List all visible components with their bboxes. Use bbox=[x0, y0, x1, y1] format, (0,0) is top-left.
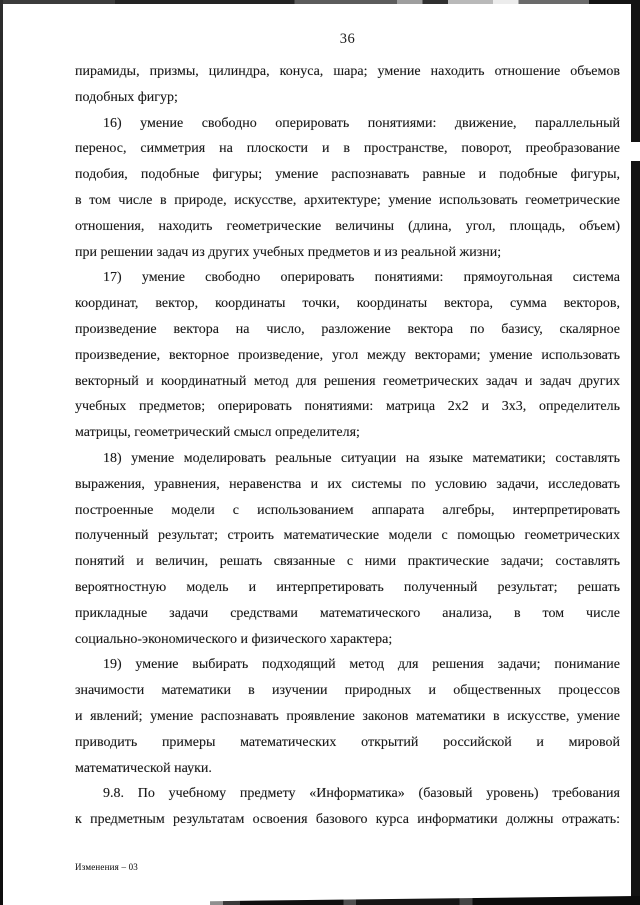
text-line: отношения, находить геометрические велич… bbox=[75, 214, 620, 240]
text-line: 16) умение свободно оперировать понятиям… bbox=[75, 111, 620, 137]
text-line: к предметным результатам освоения базово… bbox=[75, 807, 620, 833]
text-line: произведение вектора на число, разложени… bbox=[75, 317, 620, 343]
paragraph: 9.8. По учебному предмету «Информатика» … bbox=[75, 781, 620, 833]
paragraph: пирамиды, призмы, цилиндра, конуса, шара… bbox=[75, 59, 620, 111]
scan-edge-right-artifact bbox=[631, 0, 640, 905]
paragraph: 17) умение свободно оперировать понятиям… bbox=[75, 265, 620, 446]
paragraph: 18) умение моделировать реальные ситуаци… bbox=[75, 446, 620, 652]
text-line: вероятностную модель и интерпретировать … bbox=[75, 575, 620, 601]
text-line: матрицы, геометрический смысл определите… bbox=[75, 420, 620, 446]
text-line: 18) умение моделировать реальные ситуаци… bbox=[75, 446, 620, 472]
text-line: координат, вектор, координаты точки, коо… bbox=[75, 291, 620, 317]
paragraph: 19) умение выбирать подходящий метод для… bbox=[75, 652, 620, 781]
text-line: подобия, подобные фигуры; умение распозн… bbox=[75, 162, 620, 188]
page-number: 36 bbox=[75, 31, 620, 48]
text-line: в том числе в природе, искусстве, архите… bbox=[75, 188, 620, 214]
text-line: 9.8. По учебному предмету «Информатика» … bbox=[75, 781, 620, 807]
document-body: пирамиды, призмы, цилиндра, конуса, шара… bbox=[75, 59, 620, 833]
text-line: подобных фигур; bbox=[75, 85, 620, 111]
text-line: прикладные задачи средствами математичес… bbox=[75, 601, 620, 627]
text-line: приводить примеры математических открыти… bbox=[75, 730, 620, 756]
scanned-document-page: 36 пирамиды, призмы, цилиндра, конуса, ш… bbox=[0, 0, 640, 905]
text-line: 19) умение выбирать подходящий метод для… bbox=[75, 652, 620, 678]
text-line: векторный и координатный метод для решен… bbox=[75, 369, 620, 395]
text-line: 17) умение свободно оперировать понятиям… bbox=[75, 265, 620, 291]
text-line: полученный результат; строить математиче… bbox=[75, 523, 620, 549]
text-line: при решении задач из других учебных пред… bbox=[75, 240, 620, 266]
text-line: построенные модели с использованием аппа… bbox=[75, 498, 620, 524]
scan-edge-bottom-artifact bbox=[210, 896, 640, 905]
text-line: выражения, уравнения, неравенства и их с… bbox=[75, 472, 620, 498]
text-line: и явлений; умение распознавать проявлени… bbox=[75, 704, 620, 730]
text-line: значимости математики в изучении природн… bbox=[75, 678, 620, 704]
text-line: математической науки. bbox=[75, 756, 620, 782]
paragraph: 16) умение свободно оперировать понятиям… bbox=[75, 111, 620, 266]
footer-revision-note: Изменения – 03 bbox=[75, 862, 138, 872]
text-line: перенос, симметрия на плоскости и в прос… bbox=[75, 136, 620, 162]
text-line: произведение, векторное произведение, уг… bbox=[75, 343, 620, 369]
text-line: пирамиды, призмы, цилиндра, конуса, шара… bbox=[75, 59, 620, 85]
scan-edge-right-notch bbox=[631, 142, 640, 161]
scan-edge-left-artifact bbox=[0, 0, 3, 905]
text-line: социально-экономического и физического х… bbox=[75, 627, 620, 653]
text-line: учебных предметов; оперировать понятиями… bbox=[75, 394, 620, 420]
text-line: понятий и величин, решать связанные с ни… bbox=[75, 549, 620, 575]
scan-edge-top-artifact bbox=[0, 0, 640, 4]
